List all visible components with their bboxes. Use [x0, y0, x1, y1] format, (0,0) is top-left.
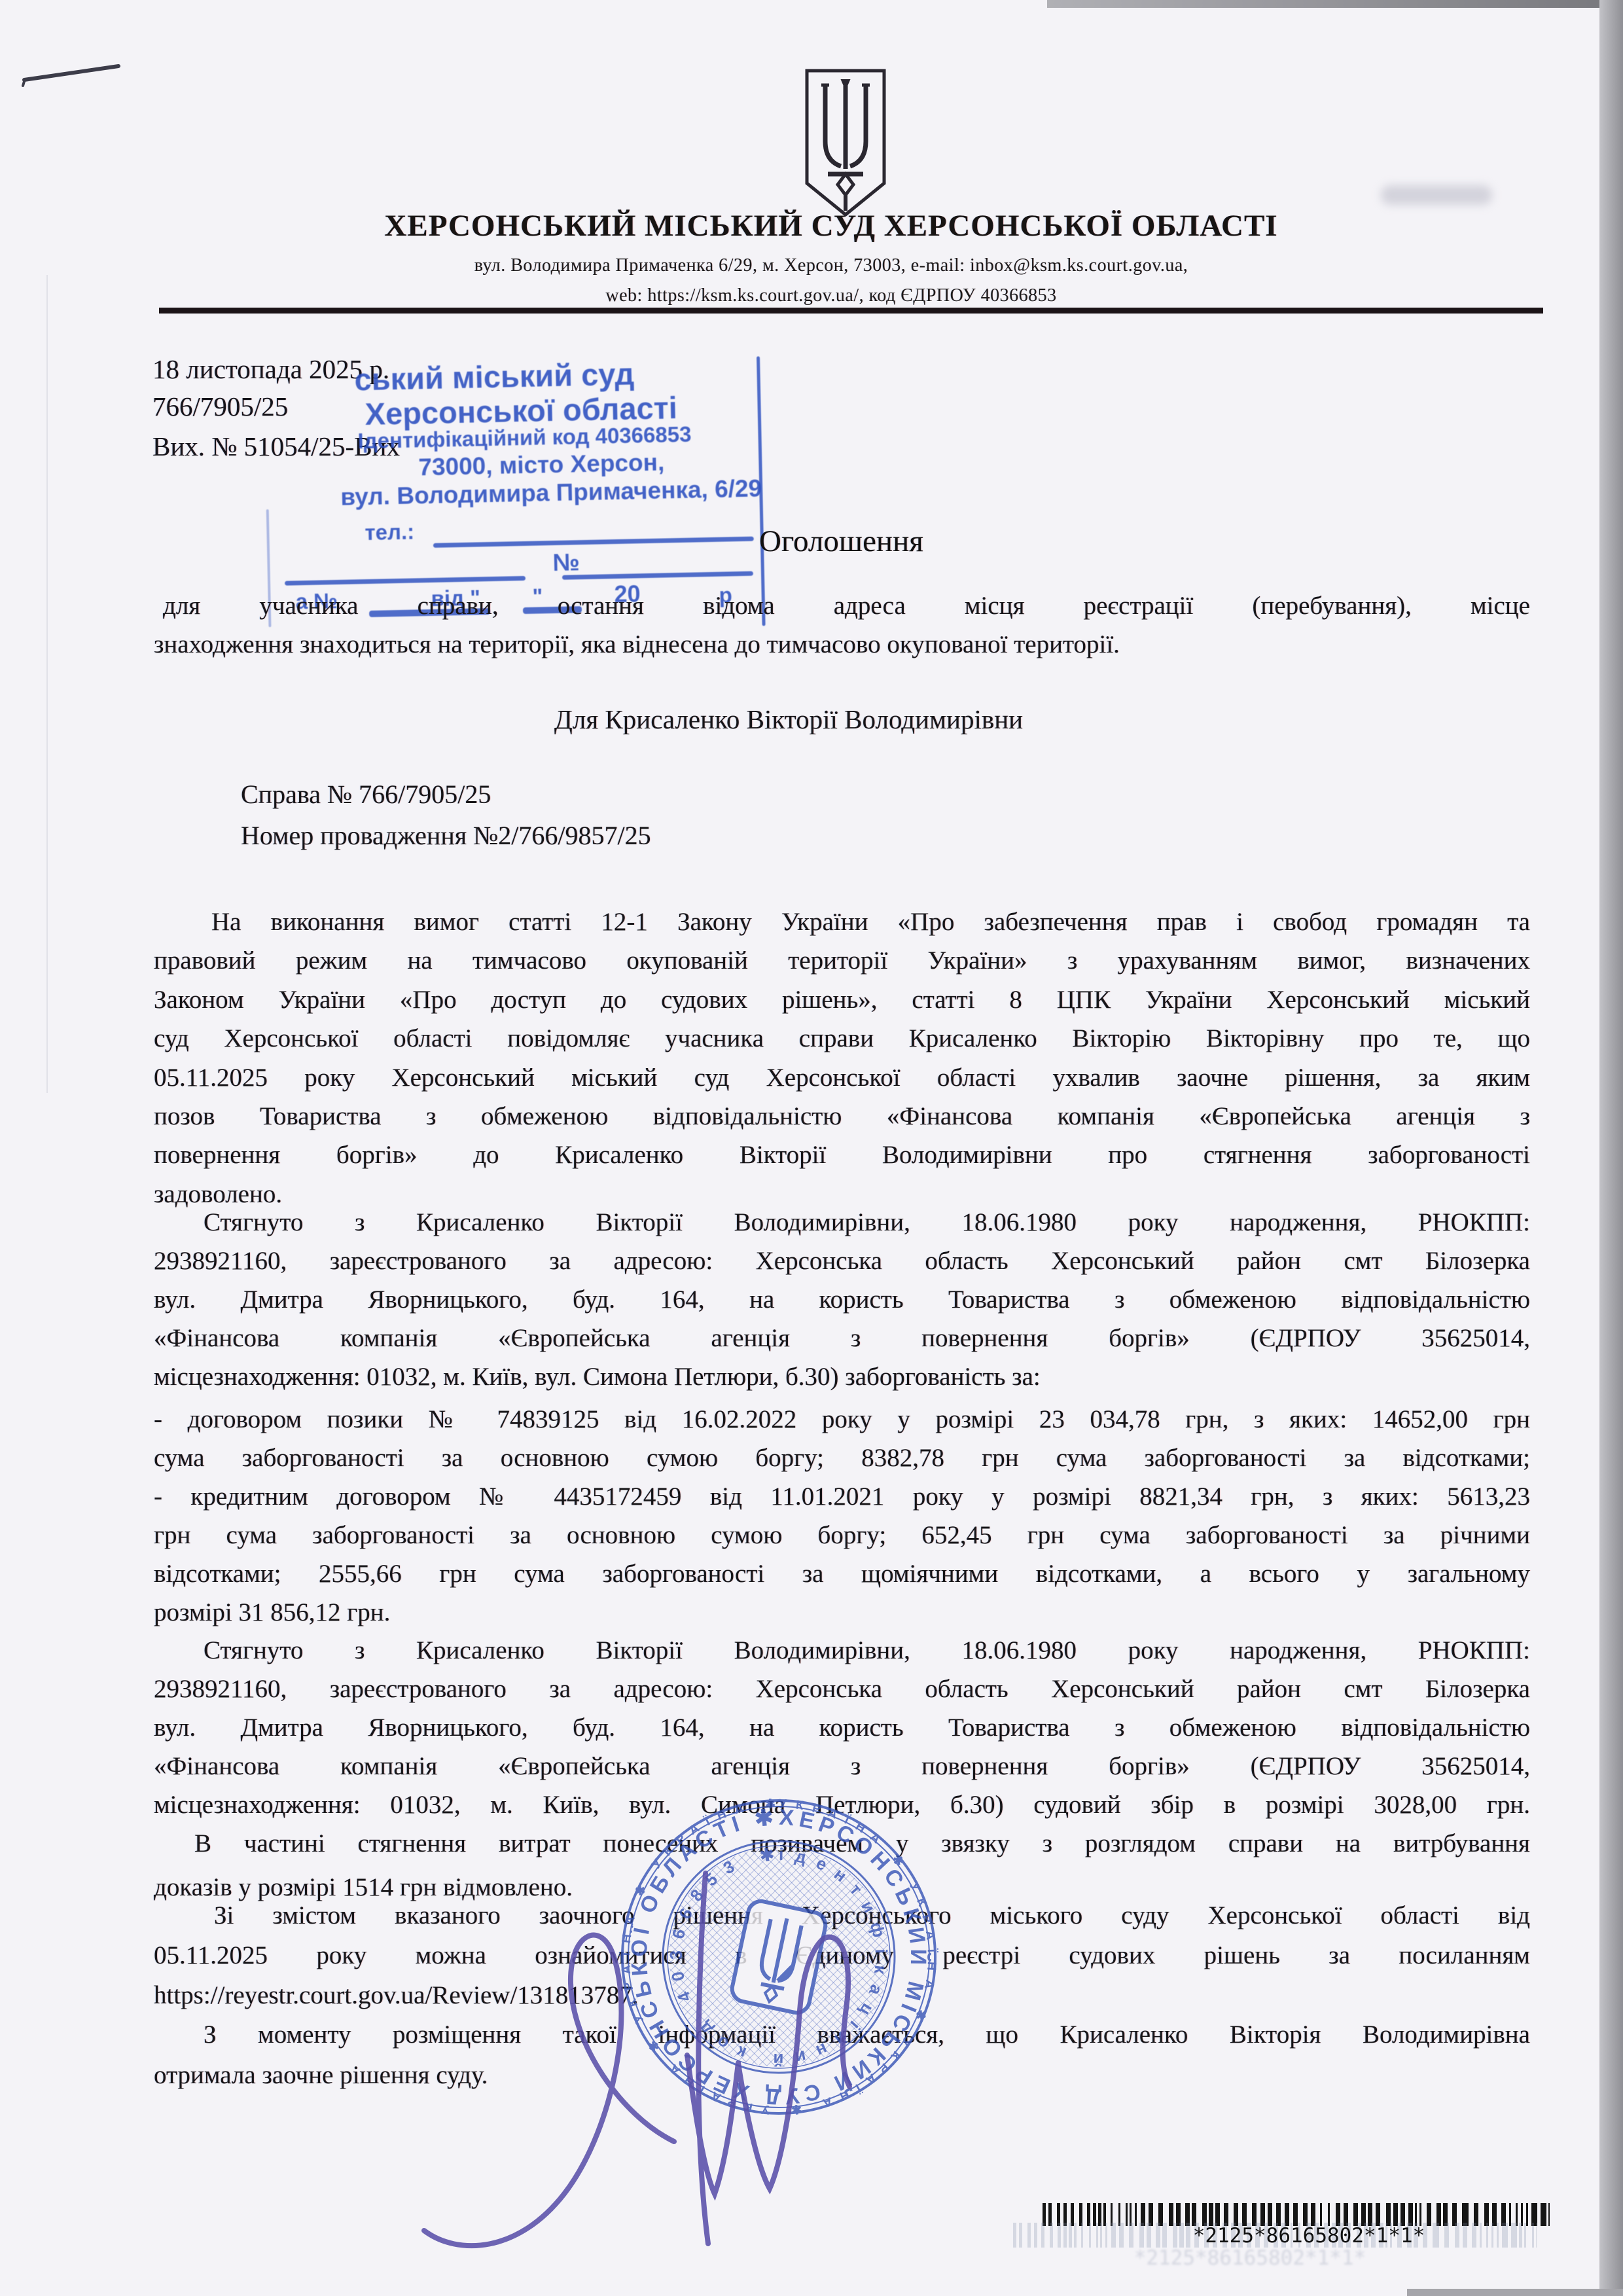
- body-line-p8-2: 05.11.2025 року можна ознайомитися в Єди…: [154, 1941, 1530, 1970]
- barcode-bar: [1192, 2203, 1196, 2226]
- barcode-bar: [1126, 2203, 1128, 2226]
- barcode-bar: [1158, 2203, 1163, 2226]
- barcode-bar: [1057, 2203, 1060, 2226]
- barcode-bar: [1541, 2203, 1546, 2226]
- barcode-bar: [1353, 2203, 1358, 2226]
- barcode-bar: [1486, 2223, 1488, 2248]
- stamp-no-label: №: [552, 548, 580, 577]
- barcode-bar: [1320, 2203, 1322, 2226]
- barcode-bar: [1463, 2223, 1467, 2248]
- barcode-bar: [1427, 2203, 1431, 2226]
- barcode-bar: [1268, 2203, 1272, 2226]
- barcode-bar: [1048, 2203, 1052, 2226]
- barcode-bar: [1081, 2223, 1083, 2248]
- barcode-bar: [1098, 2203, 1101, 2226]
- barcode-bar: [1162, 2223, 1167, 2248]
- barcode-bar: [1074, 2223, 1077, 2248]
- barcode-bar: [1491, 2223, 1493, 2248]
- barcode-bar: [1497, 2223, 1499, 2248]
- barcode-bar: [1242, 2203, 1247, 2226]
- barcode-bar: [1400, 2203, 1405, 2226]
- barcode-bar: [1462, 2203, 1469, 2226]
- scan-edge-bottom: [1407, 2289, 1623, 2296]
- barcode-bar: [1524, 2223, 1526, 2248]
- stamp-line-street: вул. Володимира Примаченка, 6/29: [340, 475, 762, 511]
- barcode-text: *2125*86165802*1*1*: [1171, 2224, 1446, 2248]
- barcode-bar: [1336, 2203, 1340, 2226]
- body-line-p6-2: 2938921160, зареєстрованого за адресою: …: [154, 1674, 1530, 1704]
- barcode-bar: [1252, 2203, 1257, 2226]
- barcode-bar: [1415, 2203, 1417, 2226]
- body-line-p9-1: З моменту розміщення такої інформації вв…: [154, 2020, 1530, 2049]
- barcode-bar: [1111, 2223, 1116, 2248]
- barcode-bar: [1276, 2203, 1281, 2226]
- scan-edge-top: [1047, 0, 1623, 8]
- barcode-bar: [1149, 2203, 1153, 2226]
- barcode-bar: [1093, 2203, 1096, 2226]
- barcode-bar: [1105, 2223, 1107, 2248]
- barcode-bar: [1311, 2203, 1315, 2226]
- stamp-tel-label: тел.:: [365, 520, 414, 546]
- body-line-p2-7: повернення боргів» до Крисаленко Вікторі…: [154, 1140, 1530, 1170]
- barcode-bar: [1019, 2223, 1022, 2248]
- barcode-bar: [1393, 2203, 1398, 2226]
- body-line-p3-4: «Фінансова компанія «Європейська агенція…: [154, 1323, 1530, 1353]
- barcode-bar: [1096, 2223, 1098, 2248]
- body-line-p6-4: «Фінансова компанія «Європейська агенція…: [154, 1751, 1530, 1781]
- barcode-bar: [1511, 2223, 1517, 2248]
- barcode-bar: [1303, 2203, 1308, 2226]
- barcode-bar: [1111, 2203, 1113, 2226]
- document-title: Оголошення: [759, 524, 923, 559]
- barcode-bar: [1519, 2223, 1522, 2248]
- stamp-tel-line: [433, 537, 754, 548]
- barcode-bar: [1100, 2223, 1102, 2248]
- barcode-bar: [1368, 2203, 1372, 2226]
- barcode-bar: [1526, 2203, 1528, 2226]
- body-line-p8-3: https://reyestr.court.gov.ua/Review/1318…: [154, 1981, 1530, 2010]
- barcode-bar: [1141, 2203, 1145, 2226]
- barcode-bar: [1041, 2223, 1044, 2248]
- barcode-bar: [1234, 2203, 1238, 2226]
- body-line-p2-8: задоволено.: [154, 1179, 1530, 1209]
- barcode-bar: [1408, 2203, 1413, 2226]
- barcode-bar: [1043, 2203, 1046, 2226]
- body-line-p3-2: 2938921160, зареєстрованого за адресою: …: [154, 1246, 1530, 1276]
- barcode-bar: [1130, 2203, 1132, 2226]
- barcode-bar: [1069, 2223, 1072, 2248]
- body-line-p2-1: На виконання вимог статті 12-1 Закону Ук…: [154, 907, 1530, 937]
- body-line-p4-1: - договором позики № 74839125 від 16.02.…: [154, 1405, 1530, 1434]
- barcode-bar: [1063, 2223, 1067, 2248]
- addressee-line: Для Крисаленко Вікторії Володимирівни: [154, 704, 1423, 735]
- barcode-bar: [1536, 2223, 1537, 2248]
- body-line-p2-4: суд Херсонської області повідомляє учасн…: [154, 1024, 1530, 1053]
- barcode-bar: [1147, 2223, 1151, 2248]
- barcode-bar: [1492, 2203, 1497, 2226]
- barcode-bar: [1169, 2203, 1173, 2226]
- barcode-bar: [1139, 2223, 1144, 2248]
- barcode-bar: [1087, 2203, 1090, 2226]
- stamp-blank-line-left: [285, 576, 526, 586]
- barcode-bar: [1118, 2203, 1120, 2226]
- body-line-p1-1: для учасника справи, остання відома адре…: [154, 591, 1530, 620]
- barcode-bar: [1521, 2203, 1523, 2226]
- barcode-bar: [1328, 2203, 1330, 2226]
- barcode-bar: [1185, 2203, 1190, 2226]
- ghost-barcode-text: *2125*86165802*1*1*: [1113, 2246, 1387, 2270]
- body-line-p5-2: грн сума заборгованості за основною сумо…: [154, 1520, 1530, 1550]
- body-line-p5-4: розмірі 31 856,12 грн.: [154, 1598, 1530, 1627]
- body-line-p6-5: місцезнаходження: 01032, м. Київ, вул. С…: [154, 1790, 1530, 1820]
- barcode-bar: [1443, 2203, 1448, 2226]
- body-line-p2-6: позов Товариства з обмеженою відповідаль…: [154, 1102, 1530, 1131]
- proceeding-line: Номер провадження №2/766/9857/25: [241, 820, 651, 851]
- body-line-p2-3: Законом України «Про доступ до судових р…: [154, 985, 1530, 1014]
- bleed-through-smudge: [1381, 185, 1492, 205]
- body-line-p2-2: правовий режим на тимчасово окупованій т…: [154, 946, 1530, 975]
- barcode-bar: [1215, 2203, 1220, 2226]
- barcode-bar: [1502, 2223, 1508, 2248]
- ukraine-trident-emblem: [807, 71, 884, 215]
- scan-edge-right: [1599, 0, 1623, 2296]
- barcode-bar: [1176, 2203, 1181, 2226]
- barcode-bar: [1452, 2203, 1457, 2226]
- barcode-bar: [1293, 2203, 1298, 2226]
- body-line-p3-3: вул. Дмитра Яворницького, буд. 164, на к…: [154, 1285, 1530, 1314]
- case-line: Справа № 766/7905/25: [241, 779, 491, 810]
- body-line-p5-1: - кредитним договором № 4435172459 від 1…: [154, 1482, 1530, 1511]
- barcode-bar: [1209, 2203, 1213, 2226]
- barcode-bar: [1361, 2203, 1366, 2226]
- body-line-p5-3: відсотками; 2555,66 грн сума заборговано…: [154, 1559, 1530, 1588]
- stamp-line-city: 73000, місто Херсон,: [418, 448, 665, 481]
- barcode-bar: [1474, 2203, 1478, 2226]
- barcode-bar: [1103, 2203, 1106, 2226]
- body-line-p3-5: місцезнаходження: 01032, м. Київ, вул. С…: [154, 1362, 1530, 1391]
- body-line-p3-1: Стягнуто з Крисаленко Вікторії Володимир…: [154, 1208, 1530, 1237]
- barcode-bar: [1063, 2203, 1067, 2226]
- barcode-bar: [1135, 2203, 1137, 2226]
- barcode-bar: [1013, 2223, 1016, 2248]
- barcode-bar: [1129, 2223, 1133, 2248]
- barcode: [1043, 2203, 1550, 2226]
- body-line-p6-1: Стягнуто з Крисаленко Вікторії Володимир…: [154, 1636, 1530, 1665]
- barcode-bar: [1089, 2223, 1091, 2248]
- barcode-bar: [1455, 2223, 1459, 2248]
- barcode-bar: [1376, 2203, 1380, 2226]
- body-line-p7-2: доказів у розмірі 1514 грн відмовлено.: [154, 1873, 1530, 1902]
- barcode-bar: [1484, 2203, 1489, 2226]
- barcode-bar: [1516, 2203, 1518, 2226]
- barcode-bar: [1419, 2203, 1421, 2226]
- barcode-bar: [1034, 2223, 1037, 2248]
- body-line-p1-2: знаходження знаходиться на території, як…: [154, 630, 1530, 659]
- barcode-bar: [1472, 2223, 1476, 2248]
- barcode-bar: [1531, 2203, 1537, 2226]
- body-line-p6-3: вул. Дмитра Яворницького, буд. 164, на к…: [154, 1713, 1530, 1742]
- body-line-p8-1: Зі змістом вказаного заочного рішення Хе…: [154, 1901, 1530, 1930]
- barcode-bar: [1509, 2203, 1511, 2226]
- court-rectangular-stamp: ський міський суд Херсонської області Ід…: [0, 0, 823, 731]
- barcode-bar: [1386, 2203, 1391, 2226]
- body-line-p2-5: 05.11.2025 року Херсонський міський суд …: [154, 1063, 1530, 1092]
- barcode-bar: [1119, 2223, 1124, 2248]
- barcode-bar: [1202, 2203, 1207, 2226]
- barcode-bar: [1501, 2203, 1506, 2226]
- body-line-p9-2: отримала заочне рішення суду.: [154, 2060, 1530, 2090]
- barcode-bar: [1532, 2223, 1534, 2248]
- barcode-bar: [1079, 2203, 1082, 2226]
- barcode-bar: [1156, 2223, 1160, 2248]
- barcode-bar: [1344, 2203, 1348, 2226]
- body-line-p7-1: В частині стягнення витрат понесених поз…: [154, 1829, 1530, 1858]
- barcode-bar: [1480, 2223, 1482, 2248]
- barcode-bar: [1260, 2203, 1265, 2226]
- barcode-bar: [1436, 2203, 1441, 2226]
- barcode-bar: [1548, 2203, 1550, 2226]
- barcode-bar: [1027, 2223, 1031, 2248]
- stamp-blank-line-right: [562, 571, 753, 580]
- barcode-bar: [1071, 2203, 1074, 2226]
- barcode-bar: [1285, 2203, 1289, 2226]
- barcode-bar: [1058, 2223, 1061, 2248]
- scanned-court-letter: { "header": { "emblem_icon": "ukraine-tr…: [0, 0, 1623, 2296]
- body-line-p4-2: сума заборгованості за основною сумою бо…: [154, 1443, 1530, 1473]
- barcode-bar: [1224, 2203, 1228, 2226]
- barcode-bar: [1050, 2223, 1053, 2248]
